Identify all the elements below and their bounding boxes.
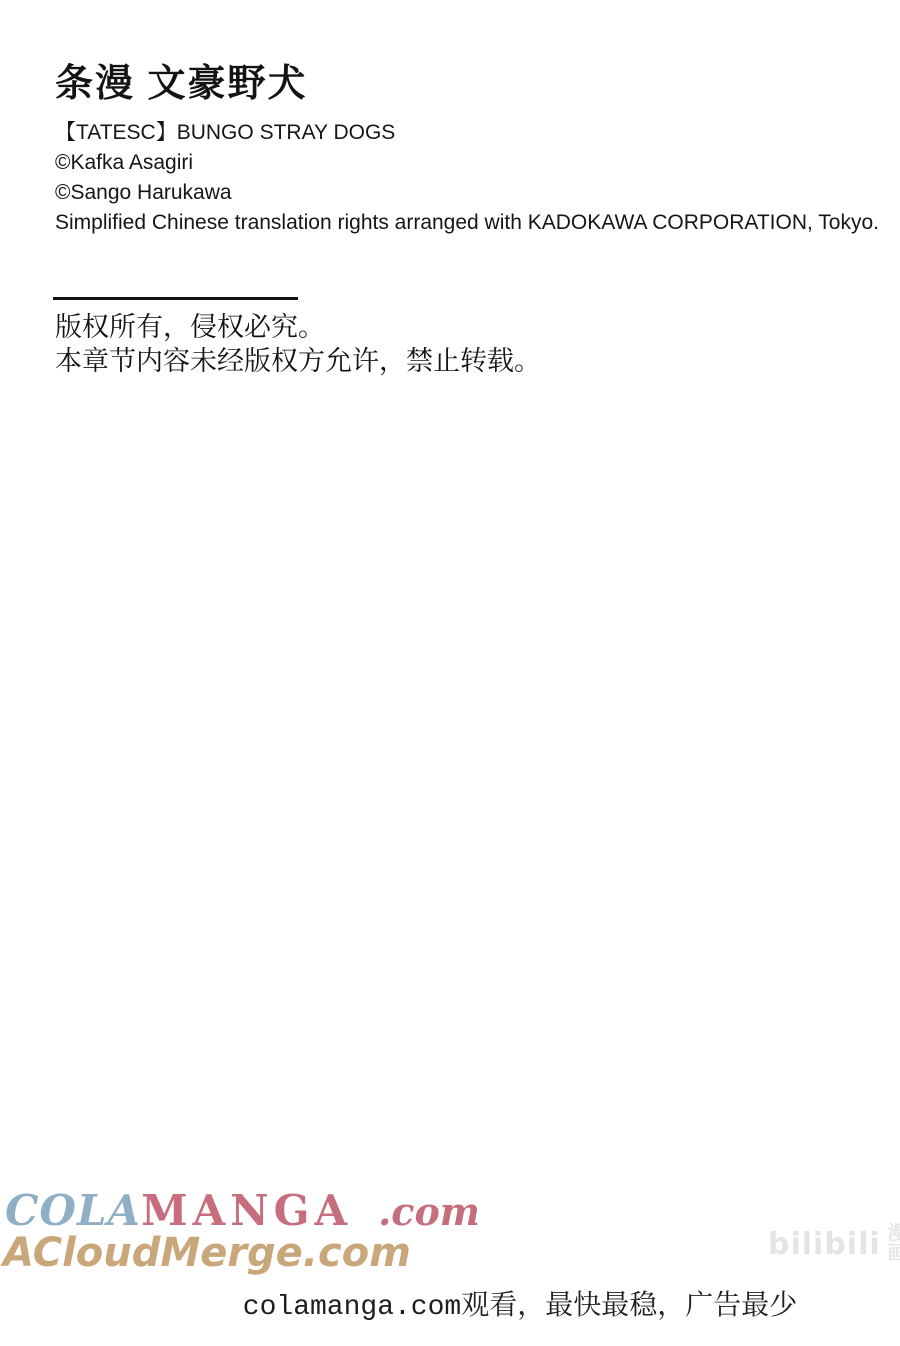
watermark-dotcom-text: .com [378,1189,480,1234]
copyright-line-tatesc: 【TATESC】BUNGO STRAY DOGS [55,118,897,148]
bilibili-manhua-label: 漫 画 [888,1224,900,1264]
manga-credits-page: 条漫 文豪野犬 【TATESC】BUNGO STRAY DOGS ©Kafka … [0,0,900,1346]
watermark-cola-text: COLA [5,1186,141,1235]
notice-line-no-reproduction: 本章节内容未经版权方允许，禁止转载。 [55,344,541,378]
bilibili-manhua-char-top: 漫 [888,1224,900,1244]
copyright-line-sango-harukawa: ©Sango Harukawa [55,178,897,208]
notice-block: 版权所有，侵权必究。 本章节内容未经版权方允许，禁止转载。 [55,310,541,378]
bilibili-manhua-char-bottom: 画 [888,1244,900,1264]
footer-promo-text: colamanga.com观看，最快最稳，广告最少 [140,1283,900,1323]
bilibili-wordmark-icon: bilibili [768,1227,881,1262]
notice-line-all-rights-reserved: 版权所有，侵权必究。 [55,310,541,344]
watermark-manga-text: MANGA [141,1186,352,1235]
page-title: 条漫 文豪野犬 [55,52,308,107]
copyright-line-kafka-asagiri: ©Kafka Asagiri [55,148,897,178]
bilibili-manhua-logo: bilibili 漫 画 [768,1224,900,1264]
copyright-block: 【TATESC】BUNGO STRAY DOGS ©Kafka Asagiri … [55,118,897,238]
watermark-acloudmerge: ACloudMerge.com [3,1230,411,1276]
watermark-colamanga: COLAMANGA.com [5,1186,480,1235]
divider-line [53,297,298,300]
copyright-line-translation-rights: Simplified Chinese translation rights ar… [55,208,897,238]
